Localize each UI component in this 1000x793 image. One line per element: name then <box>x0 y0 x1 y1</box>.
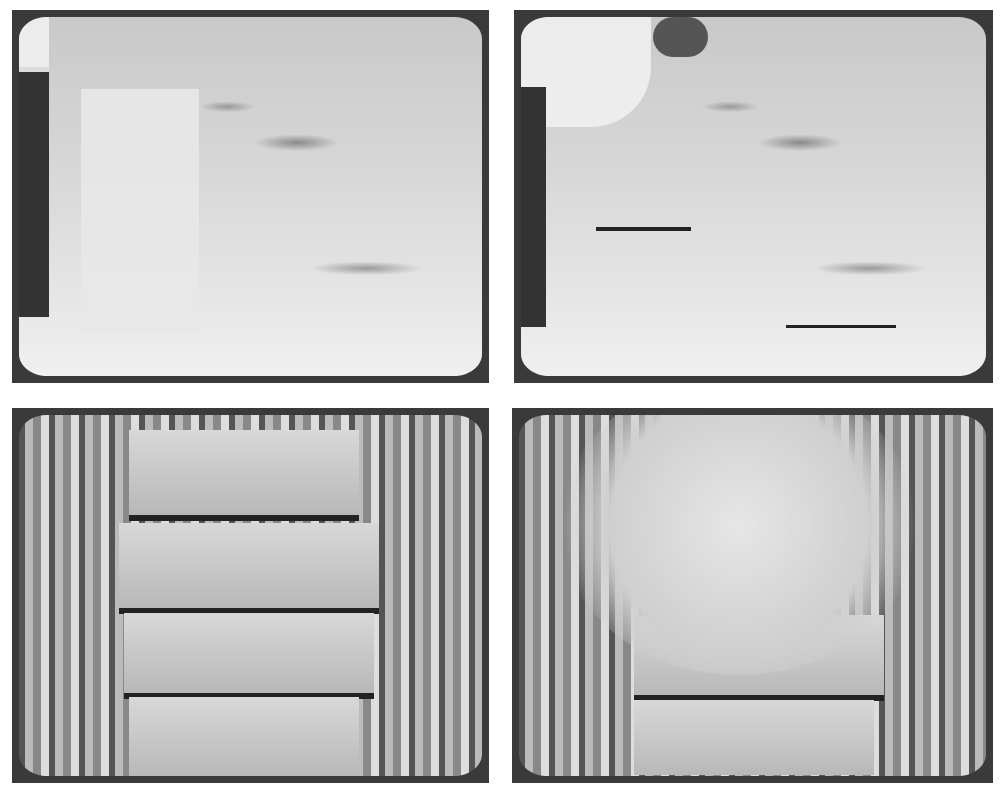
stone-block <box>124 613 374 699</box>
shadow-line <box>596 227 691 231</box>
panel-top-right <box>514 10 993 383</box>
stone-block <box>129 697 359 776</box>
stone-block <box>129 430 359 521</box>
bright-patch <box>19 17 49 72</box>
tv-screen-image <box>519 415 986 776</box>
dark-blur <box>653 17 708 57</box>
tv-screen-image <box>19 17 482 376</box>
panel-bottom-right <box>512 408 993 783</box>
shadow-line <box>786 325 896 328</box>
stone-block <box>634 700 874 775</box>
panel-bottom-left <box>12 408 489 783</box>
person-figure <box>521 87 546 327</box>
tv-screen-image <box>19 415 482 776</box>
tv-screen-image <box>521 17 986 376</box>
light-block <box>81 89 199 334</box>
person-figure <box>19 67 49 317</box>
panel-top-left <box>12 10 489 383</box>
stone-block <box>119 523 379 614</box>
